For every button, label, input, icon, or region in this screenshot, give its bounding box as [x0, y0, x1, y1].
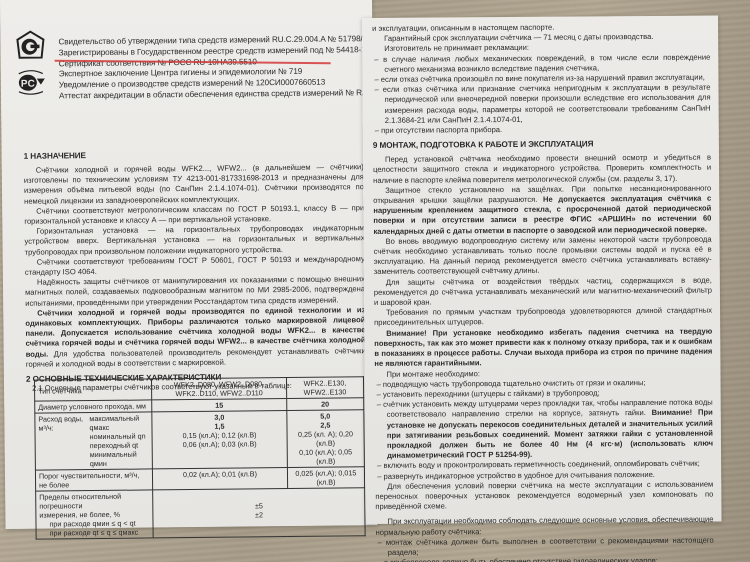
rst-certification-logo-icon: PC: [15, 66, 47, 98]
row-sublabel: максимальный qмакс: [89, 413, 148, 432]
table-cell: 0,02 (кл.А); 0,01 (кл.В): [153, 468, 288, 490]
paragraph: Для обеспечения условий поверки счётчика…: [375, 479, 713, 512]
row-label: Диаметр условного прохода, мм: [38, 401, 146, 411]
table-cell: 5,0 2,5 0,25 (кл. А); 0,20 (кл.В) 0,10 (…: [287, 410, 365, 468]
table-header: WFK2..D080, WFW2..D080, WFK2..D110, WFW2…: [152, 378, 287, 400]
section-purpose: 1 НАЗНАЧЕНИЕ Счётчики холодной и горячей…: [24, 148, 367, 394]
certificate-line: Аттестат аккредитации в области обеспече…: [59, 88, 410, 102]
list-item: – если отказ счётчика или признание счет…: [372, 83, 710, 126]
table-cell: 0,025 (кл.А); 0,015 (кл.В): [287, 467, 364, 489]
warning-paragraph: Внимание! При установке необходимо избег…: [374, 326, 712, 369]
list-item-text: в трубопроводе должно быть обеспечено от…: [384, 556, 658, 562]
list-item-text: подводящую часть трубопровода тщательно …: [383, 378, 646, 389]
value: 0,25 (кл. А); 0,20 (кл.В): [290, 429, 360, 448]
right-page-body: и эксплуатации, описанным в настоящем па…: [372, 22, 714, 562]
list-item-text: в случае наличия любых механических повр…: [383, 52, 710, 73]
paragraph: Для защиты счётчика от воздействия твёрд…: [374, 275, 712, 308]
paragraph: Горизонтальная установка — на горизонтал…: [24, 223, 364, 257]
list-item-text: включить воду и проконтролировать гермет…: [383, 459, 699, 470]
table-header: Тип счётчика: [34, 379, 151, 401]
right-page: и эксплуатации, описанным в настоящем па…: [362, 16, 722, 524]
list-item-text: если отказ счётчика или признание счетчи…: [383, 83, 711, 125]
table-cell: Расход воды, м³/ч: максимальный qмакс но…: [35, 412, 153, 470]
row-label: Пределы относительной погрешности: [39, 491, 149, 510]
row-sublabel: при расходе qt ≤ q ≤ qмакс: [40, 527, 150, 537]
certificates-block: Свидетельство об утверждении типа средст…: [58, 34, 410, 102]
table-cell: ±5 ±2: [153, 488, 365, 538]
svg-text:PC: PC: [21, 79, 35, 90]
left-page: PC Свидетельство об утверждении типа сре…: [0, 0, 378, 529]
table-cell: 3,0 1,5 0,15 (кл.А); 0,12 (кл.В) 0,06 (к…: [152, 411, 287, 469]
list-item-text: развернуть индикаторное устройство в удо…: [384, 469, 655, 480]
value: 0,10 (кл.А); 0,05 (кл.В): [290, 447, 360, 466]
paragraph-glass: Защитное стекло установлено на защёлках.…: [373, 183, 711, 236]
row-sublabel: номинальный qn: [90, 431, 149, 441]
row-sublabel: минимальный qмин: [90, 449, 149, 468]
table-header: WFK2..E130, WFW2..E130: [286, 377, 363, 399]
list-item-text: установить переходники (штуцеры с гайкам…: [383, 388, 600, 399]
table-cell: Пределы относительной погрешности измере…: [36, 490, 154, 539]
paragraph: При эксплуатации необходимо соблюдать сл…: [375, 515, 713, 538]
paragraph: Перед установкой счётчика необходимо про…: [373, 153, 711, 186]
list-item-text: монтаж счётчика должен быть выполнен в с…: [386, 535, 714, 556]
list-item: – счётчик установить между штуцерами чер…: [375, 398, 713, 462]
table-cell: 20: [286, 398, 363, 411]
paragraph: Счётчики холодной и горячей воды WFK2...…: [24, 162, 364, 206]
value: 0,06 (кл.А); 0,03 (кл.В): [156, 439, 284, 449]
list-item: – в случае наличия любых механических по…: [372, 52, 710, 75]
list-item-text: при отсутствии паспорта прибора.: [381, 125, 502, 135]
row-label: Расход воды, м³/ч:: [38, 414, 90, 469]
list-item: – монтаж счётчика должен быть выполнен в…: [376, 535, 714, 558]
normal-text: Для удобства пользователей производитель…: [26, 346, 366, 369]
paragraph-same-technology: Счётчики холодной и горячей воды произво…: [25, 305, 366, 370]
specs-table: Тип счётчика WFK2..D080, WFW2..D080, WFK…: [34, 376, 366, 539]
table-cell: Порог чувствительности, м³/ч, не более: [35, 469, 152, 491]
value: ±2: [157, 509, 362, 520]
paragraph: Требования по прямым участкам трубопрово…: [374, 306, 712, 329]
paragraph: Надёжность защиты счётчиков от манипулир…: [25, 274, 365, 308]
paragraph: Во вновь вводимую водопроводную систему …: [374, 234, 712, 277]
gost-certification-logo-icon: [14, 30, 46, 62]
